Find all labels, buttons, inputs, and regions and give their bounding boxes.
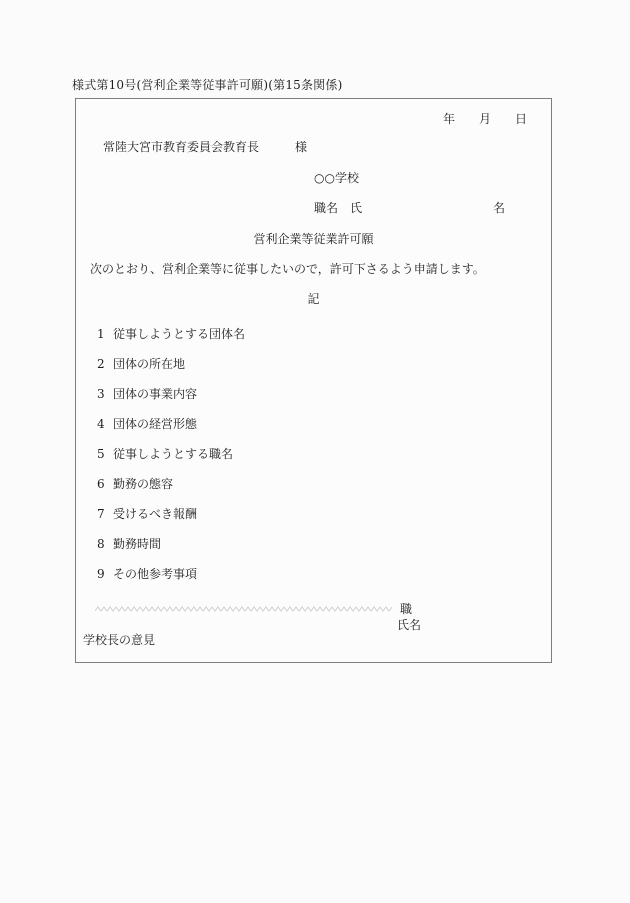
item-label: 受けるべき報酬 xyxy=(113,507,197,522)
item-number: 9 xyxy=(97,567,105,582)
school-name: ○○学校 xyxy=(314,171,359,186)
form-number-label: 様式第10号(営利企業等従事許可願)(第15条関係) xyxy=(72,78,342,92)
item-number: 7 xyxy=(97,507,105,522)
item-label: 勤務時間 xyxy=(113,537,161,552)
item-number: 1 xyxy=(97,327,105,342)
principal-opinion-label: 学校長の意見 xyxy=(83,633,155,648)
item-label: その他参考事項 xyxy=(113,567,197,582)
page: { "form_label": "様式第10号(営利企業等従事許可願)(第15条… xyxy=(0,0,630,903)
item-label: 従事しようとする団体名 xyxy=(113,327,245,342)
wavy-omission-line xyxy=(95,604,393,614)
item-number: 3 xyxy=(97,387,105,402)
item-label: 団体の所在地 xyxy=(113,357,185,372)
document-box: 年 月 日 常陸大宮市教育委員会教育長 様 ○○学校 職名 氏 名 営利企業等従… xyxy=(75,98,552,663)
item-number: 2 xyxy=(97,357,105,372)
item-label: 団体の経営形態 xyxy=(113,417,197,432)
date-line: 年 月 日 xyxy=(443,112,527,127)
signature-name-label: 氏名 xyxy=(397,618,421,633)
addressee-line: 常陸大宮市教育委員会教育長 様 xyxy=(103,140,307,155)
signer-name-suffix: 名 xyxy=(493,201,505,216)
item-number: 5 xyxy=(97,447,105,462)
record-marker: 記 xyxy=(76,292,551,307)
item-label: 従事しようとする職名 xyxy=(113,447,233,462)
item-label: 勤務の態容 xyxy=(113,477,173,492)
application-body-text: 次のとおり、営利企業等に従事したいので，許可下さるよう申請します。 xyxy=(90,262,485,277)
item-number: 8 xyxy=(97,537,105,552)
item-number: 4 xyxy=(97,417,105,432)
item-label: 団体の事業内容 xyxy=(113,387,197,402)
signature-position-label: 職 xyxy=(400,602,412,617)
signer-title-name-labels: 職名 氏 xyxy=(314,201,362,216)
document-title: 営利企業等従業許可願 xyxy=(76,232,551,247)
item-number: 6 xyxy=(97,477,105,492)
